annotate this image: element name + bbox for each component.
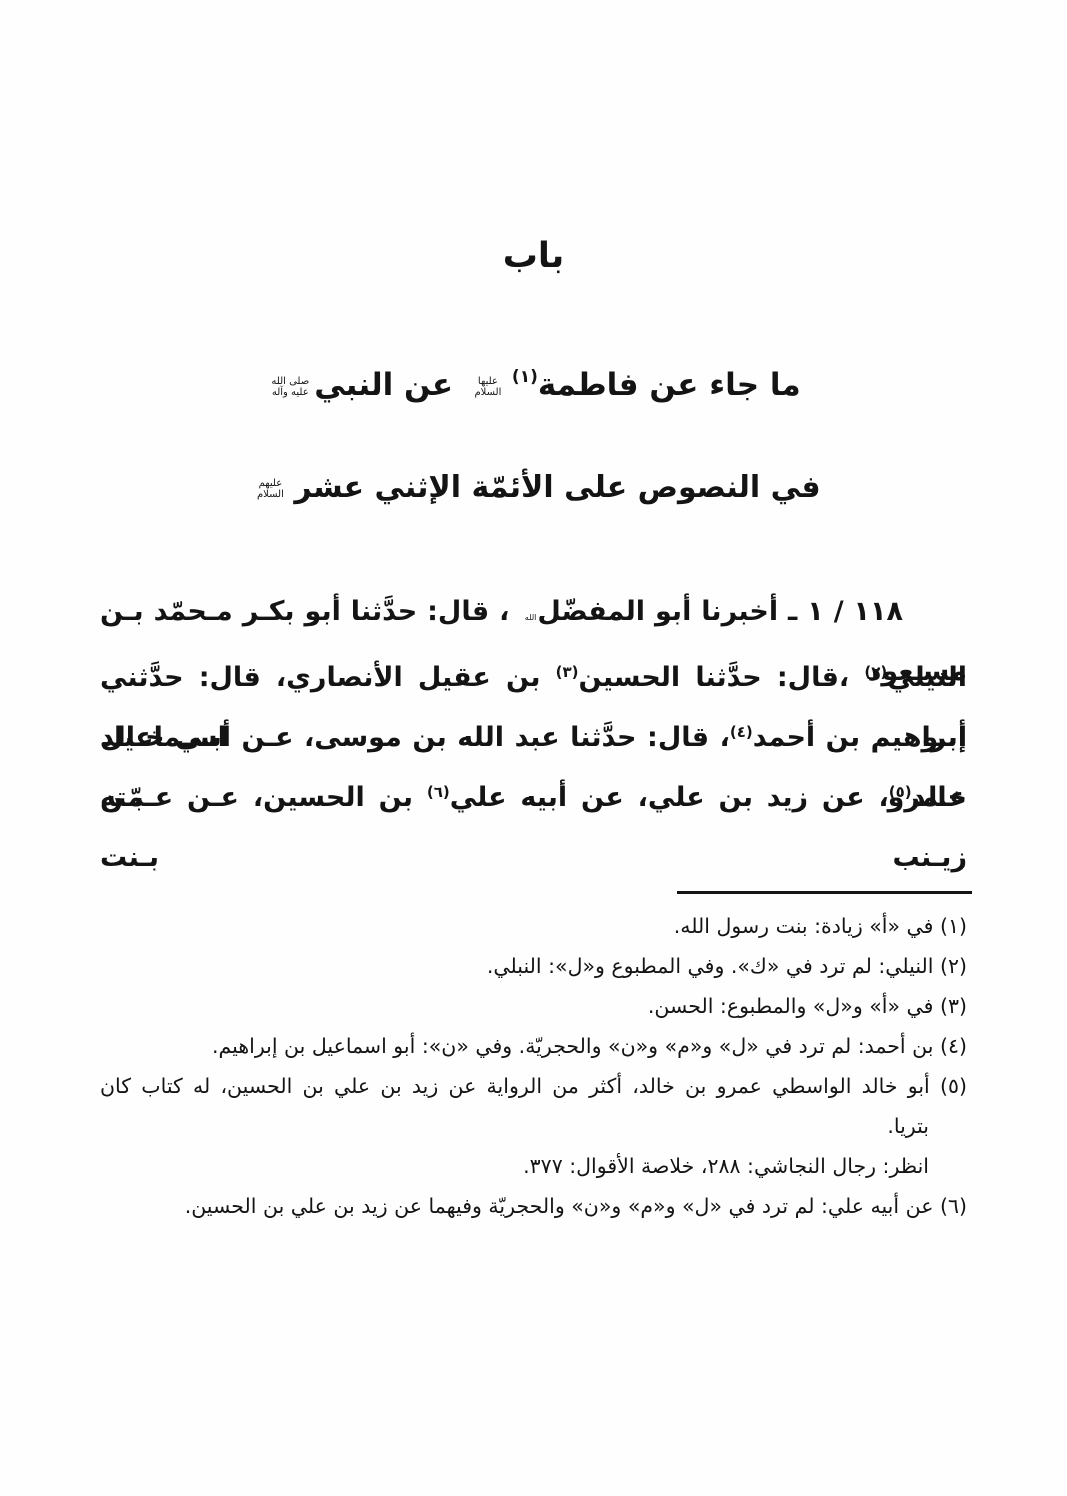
book-page: باب ما جاء عن فاطمة(١)عليها السلام عن ال… <box>0 0 1067 1496</box>
footnote-marker: (٥) <box>940 1074 967 1098</box>
heading-text-b: عن النبي <box>314 367 464 403</box>
hadith-line: النيلي(٢) ،قال: حدَّثنا الحسين(٣) بن عقي… <box>100 642 967 702</box>
chapter-title: باب <box>100 236 967 276</box>
hadith-chapter-heading: ما جاء عن فاطمة(١)عليها السلام عن النبيص… <box>100 350 967 412</box>
hadith-text: النيلي <box>887 662 967 693</box>
topic-heading-text: في النصوص على الأئمّة الإثني عشر <box>294 470 820 505</box>
footnote-1: (١) في «أ» زيادة: بنت رسول الله. <box>100 906 967 946</box>
honorific-mark-alayha-salam: عليها السلام <box>466 376 510 398</box>
hadith-line: خالد(٥)، عن زيد بن علي، عن أبيه علي(٦) ب… <box>100 762 967 822</box>
footnote-marker: (٤) <box>940 1034 967 1058</box>
heading-text-a: ما جاء عن فاطمة <box>538 367 801 403</box>
footnote-ref-marker: (٦) <box>427 783 450 801</box>
footnote-ref-marker: (١) <box>512 367 538 387</box>
footnote-5-reference: انظر: رجال النجاشي: ٢٨٨، خلاصة الأقوال: … <box>100 1146 967 1186</box>
footnote-text: بن أحمد: لم ترد في «ل» و«م» و«ن» والحجري… <box>212 1034 933 1058</box>
footnote-marker: (٦) <box>940 1194 967 1218</box>
hadith-line: إبراهيم بن أحمد(٤)، قال: حدَّثنا عبد الل… <box>100 702 967 762</box>
footnote-3: (٣) في «أ» و«ل» والمطبوع: الحسن. <box>100 986 967 1026</box>
hadith-text: خالد <box>912 782 967 813</box>
footnote-text: أبو خالد الواسطي عمرو بن خالد، أكثر من ا… <box>100 1074 930 1098</box>
footnote-text: عن أبيه علي: لم ترد في «ل» و«م» و«ن» وال… <box>185 1194 934 1218</box>
footnote-separator-rule <box>677 891 972 894</box>
footnote-text: في «أ» زيادة: بنت رسول الله. <box>674 914 934 938</box>
footnote-4: (٤) بن أحمد: لم ترد في «ل» و«م» و«ن» وال… <box>100 1026 967 1066</box>
footnote-ref-marker: (٥) <box>889 783 912 801</box>
footnotes-block: (١) في «أ» زيادة: بنت رسول الله. (٢) الن… <box>100 906 967 1226</box>
footnote-5: (٥) أبو خالد الواسطي عمرو بن خالد، أكثر … <box>100 1066 967 1106</box>
footnote-marker: (٣) <box>940 994 967 1018</box>
honorific-mark-alayhim-salam: عليهم السلام <box>248 478 292 500</box>
hadith-text: ، عن زيد بن علي، عن أبيه علي <box>450 782 889 813</box>
footnote-5-continuation: بتريا. <box>100 1106 967 1146</box>
footnote-ref-marker: (٢) <box>864 663 887 681</box>
footnote-ref-marker: (٤) <box>730 723 753 741</box>
footnote-2: (٢) النيلي: لم ترد في «ك». وفي المطبوع و… <box>100 946 967 986</box>
footnote-text: بتريا. <box>887 1114 929 1138</box>
hadith-line: ١١٨ / ١ ـ أخبرنا أبو المفضّلرحمه الله، ق… <box>100 582 967 642</box>
footnote-marker: (١) <box>940 914 967 938</box>
hadith-text: إبراهيم بن أحمد <box>753 722 967 753</box>
hadith-text: ١١٨ / ١ ـ أخبرنا أبو المفضّل <box>537 596 903 627</box>
topic-heading: في النصوص على الأئمّة الإثني عشرعليهم ال… <box>100 462 967 514</box>
hadith-text: ،قال: حدَّثنا الحسين <box>579 662 865 693</box>
honorific-mark-salla-allah: صلى الله عليه وآله <box>268 376 312 398</box>
hadith-paragraph: ١١٨ / ١ ـ أخبرنا أبو المفضّلرحمه الله، ق… <box>100 582 967 822</box>
footnote-text: في «أ» و«ل» والمطبوع: الحسن. <box>648 994 934 1018</box>
footnote-ref-marker: (٣) <box>556 663 579 681</box>
footnote-text: انظر: رجال النجاشي: ٢٨٨، خلاصة الأقوال: … <box>523 1154 929 1178</box>
footnote-marker: (٢) <box>940 954 967 978</box>
footnote-6: (٦) عن أبيه علي: لم ترد في «ل» و«م» و«ن»… <box>100 1186 967 1226</box>
footnote-text: النيلي: لم ترد في «ك». وفي المطبوع و«ل»:… <box>487 954 934 978</box>
honorific-mark-rahimahu-allah: رحمه الله <box>510 604 536 622</box>
